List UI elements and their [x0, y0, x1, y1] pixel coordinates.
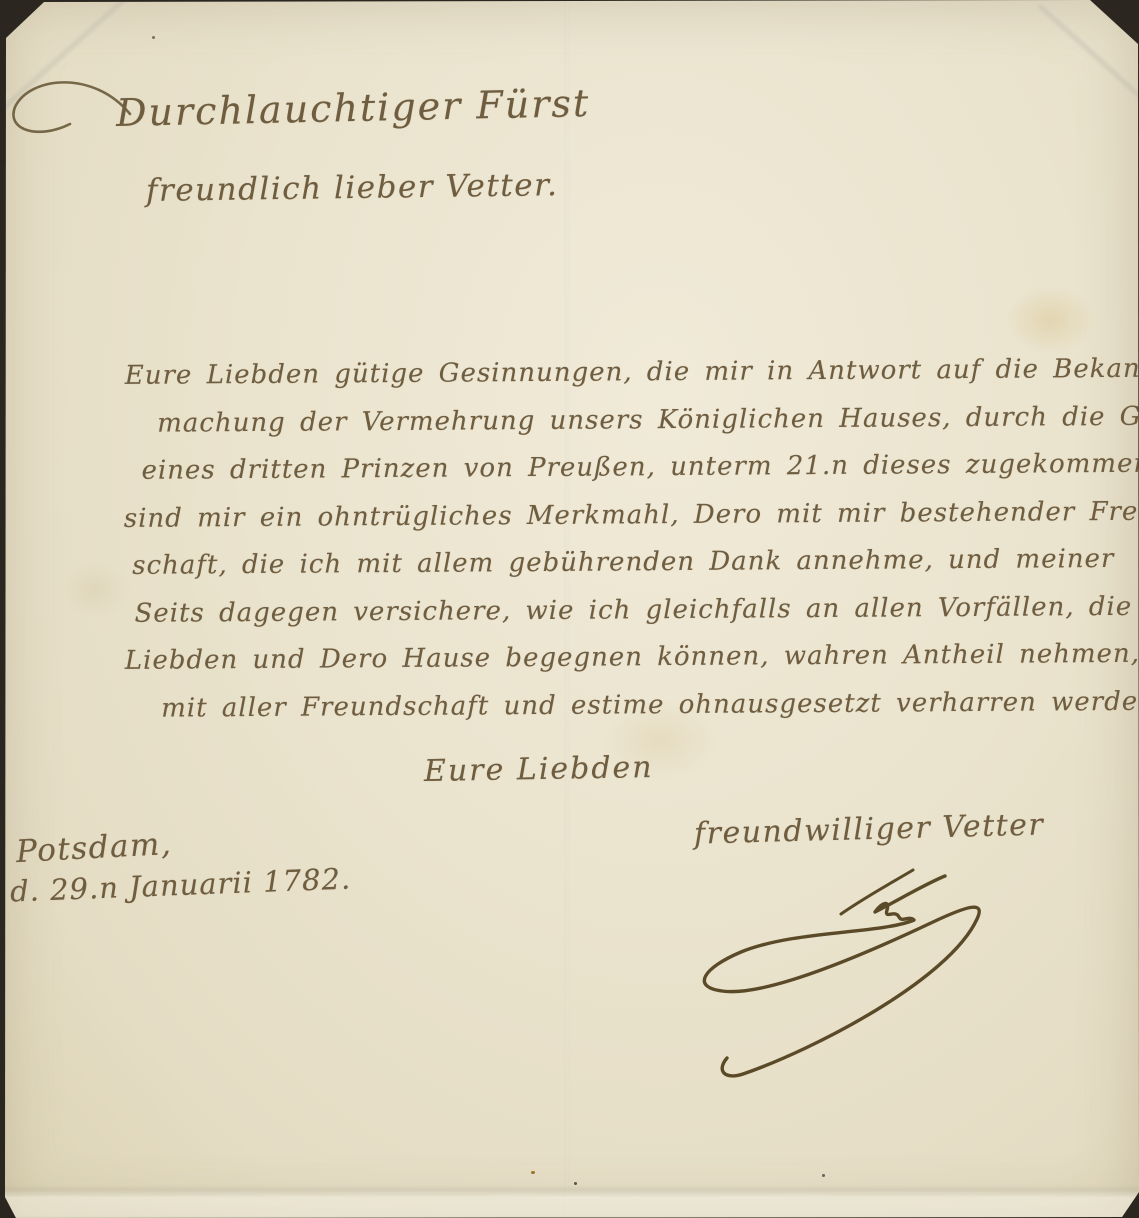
body-line: eines dritten Prinzen von Preußen, unter… — [141, 440, 1139, 495]
dateline-date: d. 29.n Januarii 1782. — [9, 861, 351, 908]
paper-stain — [1005, 285, 1095, 355]
bottom-fold-crease — [0, 1188, 1139, 1196]
salutation-line-1: Durchlauchtiger Fürst — [116, 81, 591, 135]
paper-sheet: Durchlauchtiger Fürst freundlich lieber … — [0, 0, 1139, 1218]
signature-flourish-icon — [645, 862, 1025, 1118]
salutation-line-2: freundlich lieber Vetter. — [146, 167, 559, 209]
corner-crease-top-right — [1037, 3, 1139, 109]
foxing-speck — [822, 1174, 825, 1177]
foxing-speck — [574, 1182, 577, 1185]
closing-formula: Eure Liebden — [424, 750, 654, 789]
letter-body: Eure Liebden gütige Gesinnungen, die mir… — [119, 345, 1139, 733]
body-line: schaft, die ich mit allem gebührenden Da… — [132, 535, 1139, 590]
bottom-edge-highlight — [0, 1196, 1139, 1218]
body-line: Liebden und Dero Hause begegnen können, … — [125, 630, 1139, 685]
foxing-speck — [531, 1171, 535, 1174]
body-line: Eure Liebden gütige Gesinnungen, die mir… — [125, 345, 1139, 400]
letter-photograph: Durchlauchtiger Fürst freundlich lieber … — [0, 0, 1139, 1218]
dateline-place: Potsdam, — [15, 826, 173, 870]
body-line: sind mir ein ohntrügliches Merkmahl, Der… — [124, 488, 1139, 543]
body-line: mit aller Freundschaft und estime ohnaus… — [161, 678, 1139, 733]
signoff-formula: freundwilliger Vetter — [694, 807, 1045, 851]
body-line: Seits dagegen versichere, wie ich gleich… — [134, 583, 1139, 638]
foxing-speck — [152, 36, 155, 39]
body-line: machung der Vermehrung unsers Königliche… — [157, 393, 1139, 448]
